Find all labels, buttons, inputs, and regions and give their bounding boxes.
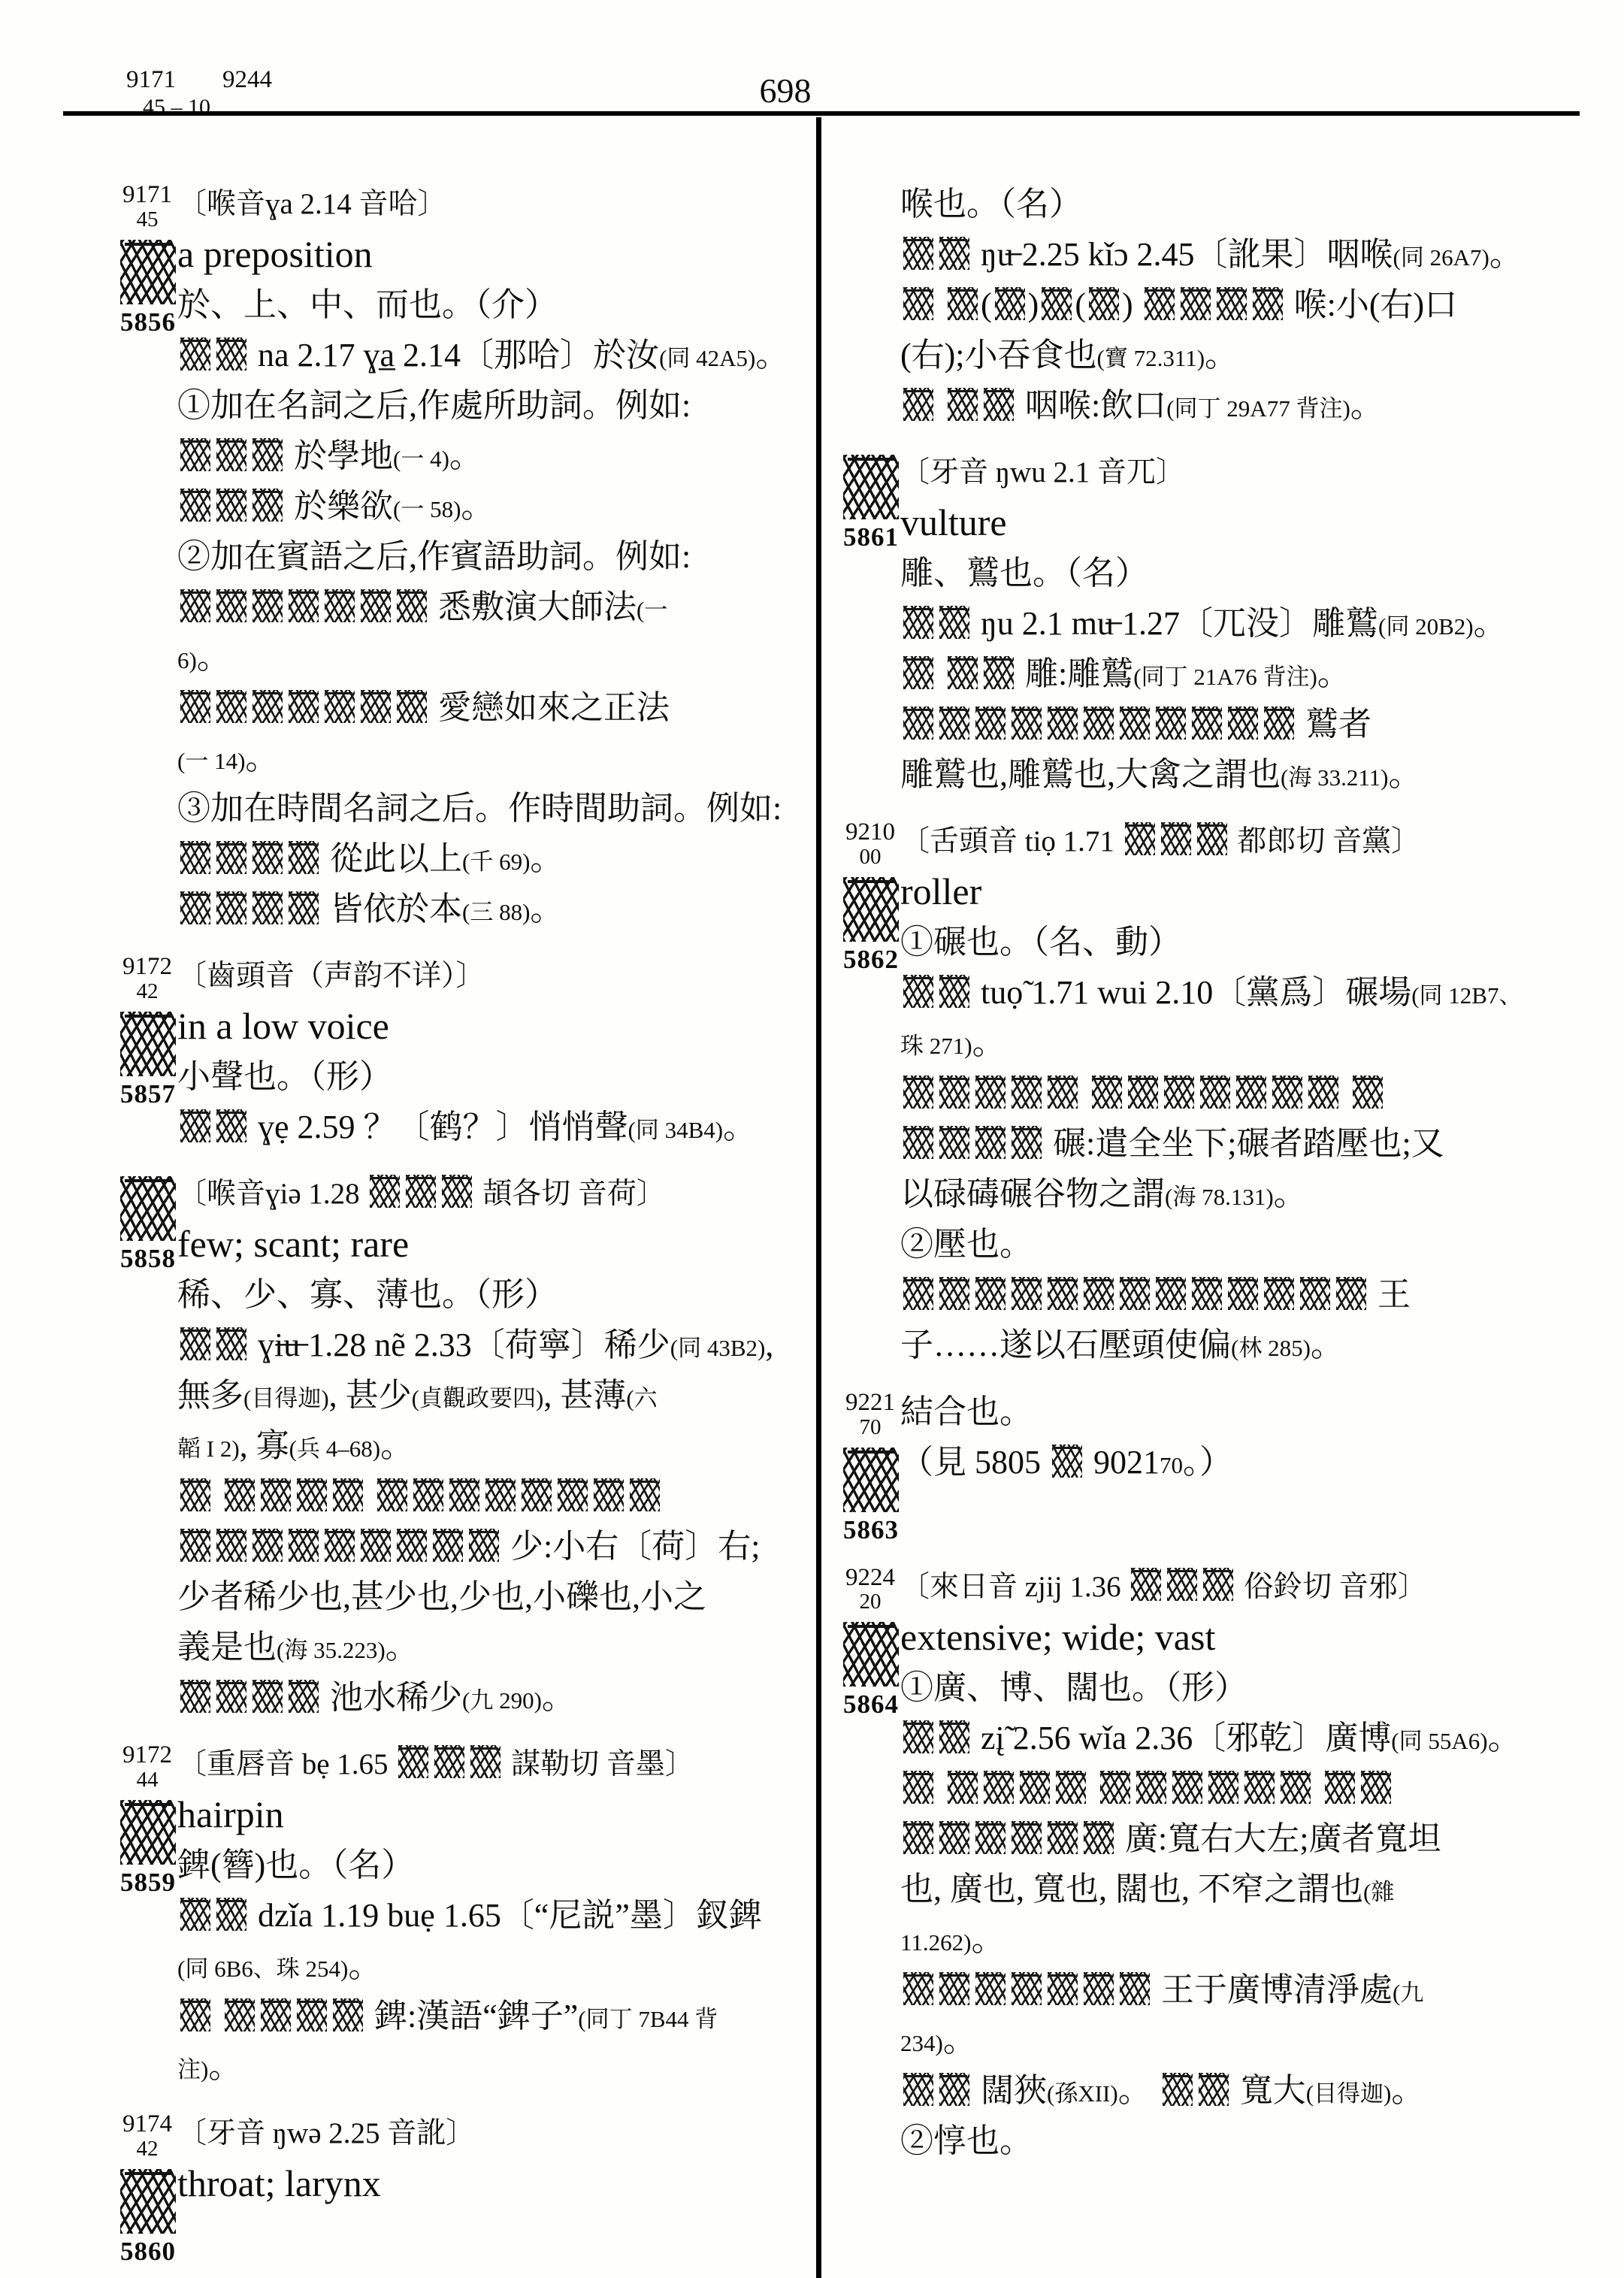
tangut-glyph (253, 589, 283, 622)
tangut-glyph (1353, 1075, 1383, 1109)
tangut-glyph (297, 1478, 327, 1511)
definition-line: ①加在名詞之后,作處所助詞。例如: (177, 380, 815, 431)
tangut-glyph (216, 690, 246, 723)
tangut-glyph (1336, 1277, 1366, 1310)
tangut-glyph (1163, 2073, 1193, 2106)
tangut-glyph (939, 1126, 969, 1159)
tangut-glyph (325, 690, 355, 723)
tangut-glyph (1048, 1075, 1078, 1109)
tangut-glyph (1100, 1771, 1130, 1804)
tangut-glyph (1120, 1277, 1150, 1310)
definition-line: ɣi̶u̶ 1.28 nẽ 2.33〔荷寧〕稀少(同 43B2), (177, 1320, 815, 1370)
entry-phonetic-index: 9224 (843, 1565, 897, 1591)
tangut-glyph (948, 1771, 978, 1804)
phonetic-line: 〔喉音ɣiə 1.28 頡各切 音荷〕 (177, 1169, 815, 1219)
tangut-glyph (333, 1998, 363, 2031)
definition-line (177, 1471, 815, 1521)
entry-phonetic-subindex: 70 (843, 1416, 897, 1440)
definition-line: (右);小吞食也(寶 72.311)。 (900, 330, 1591, 380)
phonetic-line: 〔牙音 ŋwə 2.25 音訛〕 (177, 2108, 815, 2159)
tangut-glyph (469, 1529, 499, 1562)
tangut-glyph (522, 1478, 552, 1511)
tangut-glyph (216, 1898, 246, 1931)
definition-line: 無多(目得迦), 甚少(貞觀政要四), 甚薄(六 (177, 1370, 815, 1420)
definition-line: 11.262)。 (900, 1914, 1591, 1965)
tangut-headword-glyph (120, 240, 176, 304)
tangut-glyph (1048, 706, 1078, 740)
entry-body: 〔喉音ɣiə 1.28 頡各切 音荷〕few; scant; rare稀、少、寡… (174, 1169, 815, 1723)
entry-number: 5864 (843, 1690, 897, 1720)
definition-line: 6)。 (177, 632, 815, 682)
citation-ref: (雜 (1363, 1879, 1394, 1905)
definition-line: na 2.17 ɣa̲ 2.14〔那哈〕於汝(同 42A5)。 (177, 330, 815, 380)
tangut-glyph (216, 438, 246, 471)
tangut-glyph (180, 1478, 210, 1511)
definition-line: (同 6B6、珠 254)。 (177, 1941, 815, 1991)
tangut-glyph (180, 1327, 210, 1360)
tangut-glyph (939, 1972, 969, 2005)
tangut-glyph (1228, 706, 1258, 740)
tangut-glyph (485, 1478, 516, 1511)
tangut-glyph (903, 1771, 933, 1804)
tangut-glyph (984, 656, 1014, 689)
definition-line: 於樂欲(一 58)。 (177, 481, 815, 531)
tangut-headword-glyph (120, 1800, 176, 1865)
tangut-glyph (1012, 1075, 1042, 1109)
tangut-glyph (975, 1277, 1006, 1310)
entry-margin: 9172425857 (120, 951, 174, 1152)
tangut-glyph (1128, 1075, 1158, 1109)
citation-ref: (同 55A6) (1391, 1728, 1487, 1754)
tangut-glyph (289, 1529, 319, 1562)
tangut-glyph (1052, 1445, 1082, 1478)
entry-number: 5859 (120, 1868, 174, 1898)
definition-line: 碾:遣全坐下;碾者踏壓也;又 (900, 1118, 1591, 1169)
tangut-glyph (1203, 1568, 1233, 1601)
dict-entry-5862: 9210005862〔舌頭音 tiọ 1.71 都郎切 音黨〕roller①碾也… (843, 816, 1591, 1370)
definition-line: tuọ̃ 1.71 wui 2.10〔黨爲〕碾場(同 12B7、 (900, 967, 1591, 1018)
tangut-glyph (216, 1680, 246, 1713)
tangut-glyph (939, 237, 969, 270)
tangut-glyph (975, 706, 1006, 740)
entry-body: 〔舌頭音 tiọ 1.71 都郎切 音黨〕roller①碾也。（名、動） tuọ… (897, 816, 1591, 1370)
tangut-glyph (433, 1529, 463, 1562)
tangut-glyph (903, 1720, 933, 1753)
definition-line: ŋu̶ 2.25 kǐɔ 2.45〔訛果〕咽喉(同 26A7)。 (900, 229, 1591, 280)
column-divider-rule (816, 117, 821, 2278)
tangut-glyph (948, 287, 978, 320)
entry-number: 5858 (120, 1244, 174, 1274)
entry-body: 〔來日音 zjij 1.36 俗鈴切 音邪〕extensive; wide; v… (897, 1562, 1591, 2166)
english-gloss-line: vulture (900, 498, 1591, 548)
tangut-glyph (180, 489, 210, 522)
definition-line: 喉也。（名） (900, 179, 1591, 229)
entry-phonetic-index: 9171 (120, 182, 174, 208)
citation-ref: (同 34B4) (628, 1117, 724, 1143)
english-gloss-line: in a low voice (177, 1001, 815, 1051)
entry-phonetic-subindex: 00 (843, 846, 897, 870)
tangut-glyph (1244, 1771, 1275, 1804)
tangut-glyph (370, 1175, 400, 1208)
tangut-glyph (1264, 1277, 1294, 1310)
tangut-glyph (1300, 1277, 1330, 1310)
tangut-glyph (289, 1680, 319, 1713)
tangut-glyph (253, 1529, 283, 1562)
tangut-glyph (948, 656, 978, 689)
tangut-glyph (253, 891, 283, 924)
tangut-glyph (903, 1821, 933, 1854)
citation-ref: 6) (177, 647, 197, 673)
tangut-glyph (939, 1821, 969, 1854)
citation-ref: (六 (626, 1385, 657, 1411)
definition-line: 悉敷演大師法(一 (177, 582, 815, 632)
tangut-glyph (449, 1478, 479, 1511)
dict-entry-5858: 5858〔喉音ɣiə 1.28 頡各切 音荷〕few; scant; rare稀… (120, 1169, 815, 1723)
tangut-glyph (1308, 1075, 1338, 1109)
definition-line: 錍(簪)也。（名） (177, 1840, 815, 1890)
tangut-glyph (180, 1680, 210, 1713)
definition-line: ②惇也。 (900, 2116, 1591, 2166)
tangut-glyph (1136, 1771, 1166, 1804)
tangut-glyph (216, 589, 246, 622)
citation-ref: (貞觀政要四) (412, 1385, 544, 1411)
tangut-glyph (1145, 287, 1175, 320)
entry-phonetic-subindex: 42 (120, 2137, 174, 2162)
definition-line: 234)。 (900, 2015, 1591, 2065)
definition-line: 少:小右〔荷〕右; (177, 1521, 815, 1572)
tangut-glyph (397, 589, 427, 622)
dict-entry-5864: 9224205864〔來日音 zjij 1.36 俗鈴切 音邪〕extensiv… (843, 1562, 1591, 2166)
tangut-glyph (1012, 706, 1042, 740)
tangut-glyph (253, 841, 283, 874)
tangut-glyph (1272, 1075, 1302, 1109)
citation-ref: (同 42A5) (659, 345, 755, 371)
tangut-glyph (361, 690, 391, 723)
definition-line: 池水稀少(九 290)。 (177, 1672, 815, 1723)
tangut-glyph (180, 1529, 210, 1562)
definition-line: 愛戀如來之正法 (177, 682, 815, 733)
citation-ref: (九 (1393, 1980, 1423, 2006)
tangut-glyph (1199, 2073, 1229, 2106)
definition-line: 錍:漢語“錍子”(同丁 7B44 背 (177, 1991, 815, 2041)
tangut-glyph (180, 1109, 210, 1142)
citation-ref: (目得迦) (243, 1385, 329, 1411)
definition-line: 於學地(一 4)。 (177, 431, 815, 481)
right-column: 喉也。（名） ŋu̶ 2.25 kǐɔ 2.45〔訛果〕咽喉(同 26A7)。 … (843, 179, 1591, 2183)
tangut-glyph (1084, 706, 1114, 740)
tangut-glyph (297, 1998, 327, 2031)
english-gloss-line: a preposition (177, 229, 815, 280)
citation-ref: (同 26A7) (1393, 244, 1489, 271)
entry-body: 結合也。（見 5805 902170。） (897, 1387, 1591, 1545)
definition-line: 雕、鷲也。（名） (900, 548, 1591, 598)
definition-line: 義是也(海 35.223)。 (177, 1622, 815, 1672)
tangut-glyph (1361, 1771, 1391, 1804)
tangut-glyph (180, 1998, 210, 2031)
citation-ref: (一 (637, 597, 667, 623)
tangut-glyph (1020, 1771, 1050, 1804)
tangut-glyph (397, 1529, 427, 1562)
entry-number: 5861 (843, 522, 897, 552)
definition-line: 韜 I 2), 寡(兵 4–68)。 (177, 1420, 815, 1471)
dict-entry-5857: 9172425857〔齒頭音（声韵不详）〕in a low voice小聲也。（… (120, 951, 815, 1152)
definition-line: ②壓也。 (900, 1219, 1591, 1269)
definition-line: 稀、少、寡、薄也。（形） (177, 1269, 815, 1320)
entry-body: 〔喉音ɣa 2.14 音哈〕a preposition於、上、中、而也。（介） … (174, 179, 815, 934)
phonetic-line: 〔舌頭音 tiọ 1.71 都郎切 音黨〕 (900, 816, 1591, 867)
tangut-glyph (1208, 1771, 1238, 1804)
dict-entry-5856: 9171455856〔喉音ɣa 2.14 音哈〕a preposition於、上… (120, 179, 815, 934)
tangut-glyph (903, 2073, 933, 2106)
entry-body: 〔牙音 ŋwə 2.25 音訛〕throat; larynx (174, 2108, 815, 2267)
definition-line: ③加在時間名詞之后。作時間助詞。例如: (177, 783, 815, 833)
tangut-glyph (1012, 1972, 1042, 2005)
citation-ref: 234) (900, 2030, 943, 2056)
tangut-glyph (1048, 1972, 1078, 2005)
tangut-glyph (216, 891, 246, 924)
tangut-glyph (361, 1529, 391, 1562)
entry-phonetic-subindex: 42 (120, 980, 174, 1004)
definition-line: 珠 271)。 (900, 1018, 1591, 1068)
definition-line: ɣẹ 2.59 ？〔鹤？〕悄悄聲(同 34B4)。 (177, 1102, 815, 1152)
tangut-glyph (225, 1998, 255, 2031)
citation-ref: (同 20B2) (1378, 613, 1474, 640)
definition-line: (一 14)。 (177, 733, 815, 783)
definition-line: 子……遂以石壓頭使偏(林 285)。 (900, 1320, 1591, 1370)
tangut-glyph (1120, 1972, 1150, 2005)
tangut-glyph (1192, 1277, 1222, 1310)
tangut-glyph (253, 1680, 283, 1713)
tangut-glyph (398, 1745, 428, 1778)
tangut-glyph (325, 589, 355, 622)
tangut-glyph (180, 1898, 210, 1931)
citation-ref: (三 88) (462, 899, 530, 925)
tangut-glyph (948, 388, 978, 421)
tangut-glyph (903, 1126, 933, 1159)
tangut-glyph (1042, 287, 1072, 320)
definition-line (900, 1763, 1591, 1814)
header-rule (63, 111, 1580, 116)
definition-line: 雕:雕鷲(同丁 21A76 背注)。 (900, 649, 1591, 699)
tangut-glyph (1048, 1277, 1078, 1310)
tangut-glyph (413, 1478, 443, 1511)
definition-line: ①廣、博、闊也。（形） (900, 1662, 1591, 1713)
tangut-headword-glyph (843, 877, 899, 942)
entry-margin: 9221705863 (843, 1387, 897, 1545)
tangut-glyph (289, 690, 319, 723)
tangut-glyph (1084, 1821, 1114, 1854)
entry-phonetic-index: 9174 (120, 2111, 174, 2137)
citation-ref: (同 43B2) (670, 1335, 766, 1361)
citation-ref: (同丁 21A76 背注) (1133, 664, 1317, 690)
definition-line: ŋu 2.1 mu̶ 1.27〔兀没〕雕鷲(同 20B2)。 (900, 598, 1591, 649)
tangut-glyph (1264, 706, 1294, 740)
phonetic-line: 〔喉音ɣa 2.14 音哈〕 (177, 179, 815, 229)
tangut-glyph (903, 656, 933, 689)
tangut-glyph (903, 606, 933, 639)
definition-line: （見 5805 902170。） (900, 1437, 1591, 1487)
tangut-glyph (903, 287, 933, 320)
tangut-glyph (261, 1478, 291, 1511)
tangut-glyph (180, 337, 210, 371)
phonetic-line: 〔齒頭音（声韵不详）〕 (177, 951, 815, 1001)
citation-ref: (孫XII) (1047, 2080, 1118, 2107)
dict-entry-5859: 9172445859〔重唇音 bẹ 1.65 謀勒切 音墨〕hairpin錍(簪… (120, 1739, 815, 2092)
tangut-glyph (1089, 287, 1119, 320)
definition-line: 也, 廣也, 寬也, 闊也, 不窄之謂也(雜 (900, 1864, 1591, 1914)
tangut-glyph (903, 1972, 933, 2005)
entry-margin: 5858 (120, 1169, 174, 1723)
tangut-glyph (1056, 1771, 1086, 1804)
entry-body: 〔牙音 ŋwu 2.1 音兀〕vulture雕、鷲也。（名） ŋu 2.1 mu… (897, 447, 1591, 800)
dict-entry-continuation: 喉也。（名） ŋu̶ 2.25 kǐɔ 2.45〔訛果〕咽喉(同 26A7)。 … (843, 179, 1591, 431)
tangut-headword-glyph (843, 1448, 899, 1512)
tangut-glyph (406, 1175, 436, 1208)
tangut-glyph (1156, 1277, 1186, 1310)
definition-line: 於、上、中、而也。（介） (177, 280, 815, 330)
definition-line: 鷲者 (900, 699, 1591, 749)
entry-body: 〔齒頭音（声韵不详）〕in a low voice小聲也。（形） ɣẹ 2.59… (174, 951, 815, 1152)
tangut-glyph (939, 1075, 969, 1109)
tangut-headword-glyph (120, 1012, 176, 1076)
tangut-glyph (1092, 1075, 1122, 1109)
tangut-glyph (434, 1745, 464, 1778)
entry-phonetic-subindex: 45 (120, 208, 174, 232)
english-gloss-line: extensive; wide; vast (900, 1612, 1591, 1662)
definition-line: ()() 喉:小(右)口 (900, 280, 1591, 330)
tangut-glyph (939, 2073, 969, 2106)
tangut-glyph (903, 237, 933, 270)
definition-line: 注)。 (177, 2041, 815, 2092)
citation-ref: 珠 271) (900, 1033, 972, 1059)
english-gloss-line: few; scant; rare (177, 1219, 815, 1269)
entry-phonetic-index: 9221 (843, 1390, 897, 1416)
tangut-glyph (630, 1478, 660, 1511)
tangut-glyph (903, 706, 933, 740)
definition-line (900, 1068, 1591, 1118)
tangut-headword-glyph (120, 2169, 176, 2234)
tangut-glyph (939, 1720, 969, 1753)
citation-ref: (同丁 7B44 背 (578, 2006, 718, 2032)
definition-line: 雕鷲也,雕鷲也,大禽之謂也(海 33.211)。 (900, 749, 1591, 800)
tangut-glyph (289, 589, 319, 622)
tangut-glyph (361, 589, 391, 622)
entry-margin: 9224205864 (843, 1562, 897, 2166)
tangut-glyph (216, 1109, 246, 1142)
tangut-glyph (1228, 1277, 1258, 1310)
tangut-glyph (1217, 287, 1247, 320)
tangut-glyph (1197, 822, 1227, 855)
definition-line: 廣:寬右大左;廣者寬坦 (900, 1814, 1591, 1864)
definition-line: ①碾也。（名、動） (900, 917, 1591, 967)
definition-line: 王 (900, 1269, 1591, 1320)
tangut-glyph (289, 891, 319, 924)
page-number: 698 (0, 71, 1571, 110)
citation-ref: (林 285) (1231, 1335, 1311, 1361)
definition-line: ②加在賓語之后,作賓語助詞。例如: (177, 531, 815, 582)
tangut-glyph (1236, 1075, 1266, 1109)
entry-margin: 9210005862 (843, 816, 897, 1370)
tangut-glyph (325, 1529, 355, 1562)
citation-ref: 韜 I 2) (177, 1435, 240, 1462)
english-gloss-line: hairpin (177, 1789, 815, 1840)
dictionary-page: 91719244 45–10 698 9171455856〔喉音ɣa 2.14 … (0, 0, 1624, 2278)
citation-ref: (同 12B7、 (1411, 982, 1522, 1009)
entry-margin (843, 179, 897, 431)
tangut-glyph (984, 1771, 1014, 1804)
citation-ref: (兵 4–68) (289, 1435, 380, 1462)
tangut-glyph (1167, 1568, 1197, 1601)
tangut-glyph (1181, 287, 1211, 320)
tangut-glyph (397, 690, 427, 723)
citation-ref: (海 35.223) (277, 1637, 386, 1663)
tangut-glyph (1156, 706, 1186, 740)
tangut-glyph (180, 438, 210, 471)
citation-ref: (一 4) (393, 446, 449, 472)
tangut-glyph (975, 1972, 1006, 2005)
entry-number: 5862 (843, 945, 897, 975)
entry-body: 喉也。（名） ŋu̶ 2.25 kǐɔ 2.45〔訛果〕咽喉(同 26A7)。 … (897, 179, 1591, 431)
tangut-glyph (180, 589, 210, 622)
tangut-glyph (470, 1745, 501, 1778)
tangut-glyph (939, 706, 969, 740)
citation-ref: (海 33.211) (1281, 764, 1389, 791)
dict-entry-5861: 5861〔牙音 ŋwu 2.1 音兀〕vulture雕、鷲也。（名） ŋu 2.… (843, 447, 1591, 800)
tangut-glyph (333, 1478, 363, 1511)
tangut-headword-glyph (843, 1622, 899, 1687)
entry-phonetic-subindex: 44 (120, 1768, 174, 1792)
citation-ref: (同 6B6、珠 254) (177, 1956, 348, 1982)
entry-phonetic-index: 9172 (120, 954, 174, 980)
definition-line: 以碌碡碾谷物之謂(海 78.131)。 (900, 1169, 1591, 1219)
tangut-glyph (1161, 822, 1191, 855)
definition-line: dzǐa 1.19 buẹ 1.65〔“尼説”墨〕釵錍 (177, 1890, 815, 1941)
phonetic-line: 〔重唇音 bẹ 1.65 謀勒切 音墨〕 (177, 1739, 815, 1789)
definition-line: 從此以上(千 69)。 (177, 833, 815, 884)
citation-ref: (寶 72.311) (1097, 345, 1205, 371)
citation-ref: 11.262) (900, 1929, 971, 1956)
entry-phonetic-subindex: 20 (843, 1590, 897, 1614)
definition-line: 皆依於本(三 88)。 (177, 884, 815, 934)
citation-ref: (海 78.131) (1165, 1184, 1274, 1210)
tangut-glyph (975, 1126, 1006, 1159)
entry-margin: 9174425860 (120, 2108, 174, 2267)
tangut-glyph (995, 287, 1025, 320)
dict-entry-5860: 9174425860〔牙音 ŋwə 2.25 音訛〕throat; larynx (120, 2108, 815, 2267)
dict-entry-5863: 9221705863結合也。（見 5805 902170。） (843, 1387, 1591, 1545)
tangut-glyph (1253, 287, 1283, 320)
tangut-glyph (216, 841, 246, 874)
citation-ref: (千 69) (462, 849, 530, 875)
tangut-glyph (984, 388, 1014, 421)
citation-ref: (九 290) (462, 1687, 542, 1714)
tangut-glyph (1012, 1277, 1042, 1310)
left-column: 9171455856〔喉音ɣa 2.14 音哈〕a preposition於、上… (120, 179, 815, 2278)
tangut-glyph (1192, 706, 1222, 740)
tangut-glyph (1125, 822, 1155, 855)
tangut-glyph (1012, 1126, 1042, 1159)
citation-ref: (一 58) (393, 496, 461, 522)
entry-margin: 9172445859 (120, 1739, 174, 2092)
tangut-glyph (975, 1075, 1006, 1109)
entry-margin: 9171455856 (120, 179, 174, 934)
tangut-glyph (180, 841, 210, 874)
tangut-glyph (289, 841, 319, 874)
tangut-glyph (939, 1277, 969, 1310)
tangut-glyph (1131, 1568, 1161, 1601)
tangut-glyph (216, 489, 246, 522)
tangut-glyph (939, 606, 969, 639)
